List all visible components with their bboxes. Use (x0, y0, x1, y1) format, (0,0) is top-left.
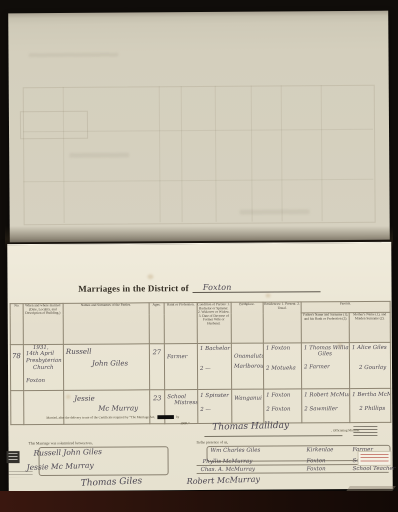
col-header-names: Names and Surnames of the Parties. (63, 303, 149, 344)
photograph-of-register-book: Marriages in the District of Foxton No. … (0, 0, 398, 512)
ghost-stamp-box (20, 111, 88, 139)
cell-no (11, 390, 24, 424)
ghost-line (23, 179, 373, 182)
ghost-line (159, 86, 161, 222)
minister-stamp (353, 426, 377, 437)
cell-groom-residences: 1 Foxton 2 Motueka (263, 342, 301, 388)
col-header-residences: Residences: 1. Present. 2. Usual. (263, 302, 301, 343)
cell-no: 78 (10, 344, 23, 390)
ghost-line (215, 86, 217, 222)
marriage-act-year: 1908.” (180, 422, 189, 425)
witness-signature: Robert McMurray (187, 475, 260, 486)
witness-residence: Foxton (307, 466, 353, 472)
cell-bride-residences: 1 Foxton 2 Foxton (264, 388, 302, 422)
cell-groom-birthplace: Onamalutu Marlborough (231, 343, 263, 389)
witness-row: Wm Charles Giles Kirkenlae Farmer (210, 447, 372, 454)
witness-signature: Thomas Giles (81, 476, 143, 489)
ghost-line (281, 85, 283, 221)
col-header-ages: Ages. (149, 303, 164, 344)
marriage-register-page: Marriages in the District of Foxton No. … (7, 242, 393, 491)
redaction-box (157, 415, 174, 419)
archive-sticker (358, 451, 392, 466)
ghost-smudge (240, 209, 310, 214)
cell-bride-condition: 1 Spinster 2 — (198, 389, 232, 423)
col-header-parents: Parents. (301, 301, 390, 313)
minister-signature-line (204, 435, 342, 437)
cell-bride-father: 1 Robert McMurray 2 Sawmiller (302, 388, 350, 422)
title-text: Marriages in the District of (78, 283, 189, 294)
page-title: Marriages in the District of Foxton (7, 282, 391, 294)
cell-groom-mother: 1 Alice Giles 2 Gourlay (349, 342, 390, 388)
ghost-line (321, 85, 323, 221)
presence-label: In the presence of us, (196, 441, 228, 445)
cell-groom-condition: 1 Bachelor 2 — (197, 343, 231, 389)
registrar-sticker (7, 451, 20, 463)
marginal-note (9, 471, 33, 477)
cell-groom-name: Russell John Giles (63, 343, 149, 390)
col-header-condition: Condition of Parties: 1. Bachelor or Spi… (197, 302, 231, 343)
ghost-line (251, 86, 253, 222)
witness-residence: Foxton (307, 458, 353, 464)
witness-name: Wm Charles Giles (210, 447, 306, 454)
cell-when-where: 1931, 14th April Presbyterian Church Fox… (23, 344, 63, 390)
foxing-spot (147, 274, 153, 279)
cell-groom-rank: Farmer (164, 343, 197, 389)
ghost-smudge (28, 53, 118, 58)
ghost-line (23, 129, 373, 132)
witness-name: Phyllis McMurray (203, 458, 307, 465)
foxing-spot (266, 294, 271, 298)
witness-residence: Kirkenlae (306, 447, 352, 453)
witness-occupation: School Teacher (353, 466, 396, 472)
groom-signature: Russell John Giles (33, 447, 102, 458)
ghost-smudge (69, 152, 129, 157)
col-header-rank: Rank or Profession. (164, 303, 197, 344)
col-header-no: No. (10, 304, 23, 345)
blank-facing-page (8, 11, 390, 243)
col-header-father: Father's Name and Surname (1), and his R… (301, 313, 349, 342)
col-header-mother: Mother's Name (1), and Maiden Surname (2… (349, 313, 390, 342)
district-handwritten: Foxton (193, 282, 321, 293)
register-table: No. When and where married (Date, Locali… (10, 301, 392, 425)
certificate-text: Married, after the delivery to me of the… (46, 416, 155, 420)
cell-groom-age: 27 (149, 343, 164, 389)
ghost-line (63, 87, 65, 223)
cell-groom-father: 1 Thomas William Giles 2 Farmer (301, 342, 349, 388)
certificate-text-after: by (176, 415, 179, 418)
certificate-statement: Married, after the delivery to me of the… (46, 415, 179, 420)
col-header-birthplace: Birthplace. (231, 302, 263, 343)
ghost-line (181, 86, 183, 222)
solemnized-label: This Marriage was solemnized between us, (28, 442, 92, 446)
cell-bride-birthplace: Wanganui (232, 389, 264, 423)
book-spine (0, 491, 398, 512)
witness-row: Chas. A. McMurray Foxton School Teacher (201, 466, 396, 473)
ghost-table-outline (23, 85, 376, 225)
col-header-when-where: When and where married (Date, Locality, … (23, 303, 63, 344)
cell-bride-mother: 1 Bertha McMurray 2 Phillips (350, 388, 391, 422)
witness-name: Chas. A. McMurray (201, 466, 307, 473)
minister-signature: Thomas Halliday (212, 421, 289, 433)
